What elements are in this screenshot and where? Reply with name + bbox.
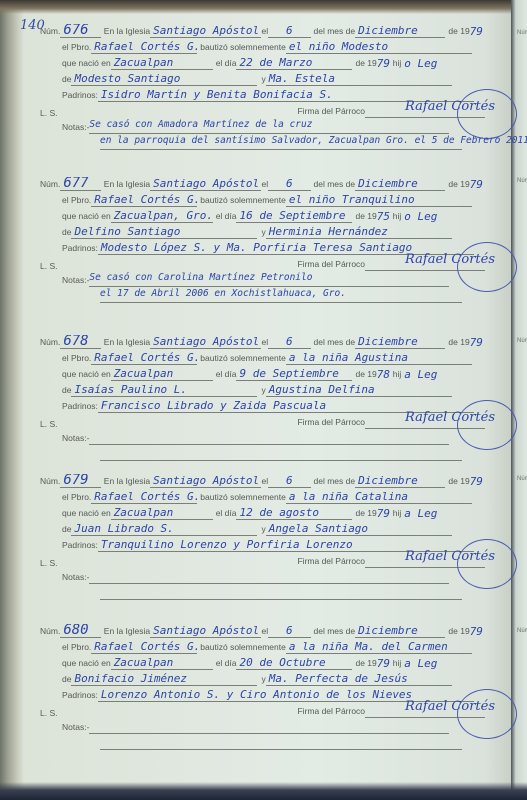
form-label: de [62,524,71,536]
birthplace: Zacualpan [111,506,213,520]
form-label: el [261,476,268,488]
child-name: el niño Tranquilino [286,193,472,207]
priest-name: Rafael Cortés G. [91,640,197,654]
baptism-year: 79 [470,336,485,349]
child-name: a la niña Catalina [286,490,472,504]
notes-line: Se casó con Carolina Martínez Petronilo [89,272,449,287]
form-label: el día [216,369,237,381]
form-label: L. S. [40,558,57,568]
form-label: el [261,179,268,191]
priest-name: Rafael Cortés G. [91,490,197,504]
form-label: de 19 [355,658,376,670]
form-label: bautizó solemnemente [200,42,286,54]
form-label: L. S. [40,708,57,718]
book-top-edge [0,0,527,14]
form-label: Padrinos: [62,540,98,552]
priest-name: Rafael Cortés G. [91,351,197,365]
form-label: Notas:- [62,433,89,445]
entry-number: 677 [60,177,100,191]
book-bottom-edge [0,782,527,800]
form-label: de [62,227,71,239]
form-label: Firma del Párroco [297,417,365,429]
baptism-entry: Núm. 676 En la Iglesia Santiago Apóstol … [40,22,485,150]
facing-num-label: Núm. [517,30,527,36]
form-label: Notas:- [62,572,89,584]
birth-date: 12 de agosto [236,506,352,520]
form-label: del mes de [314,337,356,349]
child-name: el niño Modesto [286,40,472,54]
entry-number: 680 [60,624,100,638]
form-label: Notas:- [62,722,89,734]
form-label: bautizó solemnemente [200,492,286,504]
legitimacy: o Leg. [401,57,437,70]
form-label: que nació en [62,58,111,70]
baptism-year: 79 [470,25,485,38]
baptism-day: 6 [268,624,310,638]
legitimacy: a Leg. [401,657,437,670]
form-label: Padrinos: [62,243,98,255]
priest-name: Rafael Cortés G. [91,193,197,207]
legitimacy: o Leg. [401,210,437,223]
form-label: Firma del Párroco [297,706,365,718]
form-label: del mes de [314,476,356,488]
baptism-month: Diciembre [355,24,445,38]
form-label: de 19 [448,179,469,191]
baptism-month: Diciembre [355,335,445,349]
form-label: bautizó solemnemente [200,642,286,654]
form-label: el Pbro. [62,195,91,207]
form-label: el día [216,508,237,520]
form-label: Notas:- [62,122,89,134]
baptism-year: 79 [470,178,485,191]
form-label: En la Iglesia [104,26,150,38]
notes-line [89,569,449,584]
form-label: Núm. [40,179,60,191]
facing-num-label: Núm. [517,178,527,184]
form-label: de 19 [355,369,376,381]
baptism-year: 79 [470,475,485,488]
form-label: L. S. [40,419,57,429]
father-name: Delfino Santiago [71,225,257,239]
birth-year: 79 [377,657,393,670]
notes-line: el 17 de Abril 2006 en Xochistlahuaca, G… [100,288,462,303]
form-label: bautizó solemnemente [200,353,286,365]
mother-name: Ma. Perfecta de Jesús [266,672,452,686]
notes-line [100,585,462,600]
baptism-entry: Núm. 678 En la Iglesia Santiago Apóstol … [40,333,485,461]
child-name: a la niña Agustina [286,351,472,365]
church-name: Santiago Apóstol [150,24,261,38]
notes-line [100,735,462,750]
form-label: de [62,674,71,686]
church-name: Santiago Apóstol [150,624,261,638]
father-name: Modesto Santiago [71,72,257,86]
form-label: de 19 [448,337,469,349]
form-label: del mes de [314,26,356,38]
form-label: En la Iglesia [104,179,150,191]
form-label: de [62,385,71,397]
mother-name: Ma. Estela [266,72,452,86]
form-label: L. S. [40,261,57,271]
child-name: a la niña Ma. del Carmen [286,640,472,654]
form-label: de 19 [448,626,469,638]
birth-date: 9 de Septiembre [236,367,352,381]
baptism-entry: Núm. 680 En la Iglesia Santiago Apóstol … [40,622,485,750]
form-label: Núm. [40,626,60,638]
father-name: Isaías Paulino L. [71,383,257,397]
baptism-month: Diciembre [355,177,445,191]
form-label: bautizó solemnemente [200,195,286,207]
facing-num-label: Núm. [517,338,527,344]
form-label: hij [393,658,402,670]
form-label: En la Iglesia [104,337,150,349]
birthplace: Zacualpan [111,367,213,381]
form-label: de 19 [448,476,469,488]
legitimacy: a Leg. [401,368,437,381]
form-label: el día [216,658,237,670]
form-label: de 19 [448,26,469,38]
birthplace: Zacualpan, Gro. [111,209,213,223]
form-label: que nació en [62,508,111,520]
notes-line: en la parroquia del santísimo Salvador, … [100,135,462,150]
form-label: el [261,26,268,38]
form-label: Notas:- [62,275,89,287]
form-label: Padrinos: [62,90,98,102]
form-label: el día [216,211,237,223]
form-label: el Pbro. [62,642,91,654]
mother-name: Herminia Hernández [266,225,452,239]
birth-date: 16 de Septiembre [236,209,352,223]
form-label: de 19 [355,58,376,70]
church-name: Santiago Apóstol [150,474,261,488]
baptism-year: 79 [470,625,485,638]
church-name: Santiago Apóstol [150,335,261,349]
birth-year: 79 [377,57,393,70]
father-name: Juan Librado S. [71,522,257,536]
birth-date: 22 de Marzo [236,56,352,70]
form-label: hij [393,211,402,223]
form-label: del mes de [314,626,356,638]
notes-line [89,719,449,734]
form-label: el día [216,58,237,70]
birth-year: 79 [377,507,393,520]
baptism-day: 6 [268,474,310,488]
baptism-day: 6 [268,24,310,38]
notes-line [89,430,449,445]
form-label: el [261,626,268,638]
legitimacy: a Leg. [401,507,437,520]
baptism-day: 6 [268,177,310,191]
form-label: que nació en [62,658,111,670]
baptism-entry: Núm. 679 En la Iglesia Santiago Apóstol … [40,472,485,600]
mother-name: Agustina Delfina [266,383,452,397]
form-label: que nació en [62,211,111,223]
priest-name: Rafael Cortés G. [91,40,197,54]
baptism-month: Diciembre [355,624,445,638]
form-label: de 19 [355,508,376,520]
notes-line [100,446,462,461]
form-label: Núm. [40,476,60,488]
form-label: del mes de [314,179,356,191]
notes-line: Se casó con Amadora Martínez de la cruz [89,119,449,134]
form-label: En la Iglesia [104,626,150,638]
church-name: Santiago Apóstol [150,177,261,191]
form-label: Padrinos: [62,690,98,702]
form-label: el Pbro. [62,353,91,365]
birthplace: Zacualpan [111,56,213,70]
baptism-day: 6 [268,335,310,349]
form-label: L. S. [40,108,57,118]
form-label: hij [393,508,402,520]
form-label: Firma del Párroco [297,106,365,118]
form-label: de 19 [355,211,376,223]
birthplace: Zacualpan [111,656,213,670]
birth-year: 75 [377,210,393,223]
entry-number: 676 [60,24,100,38]
form-label: hij [393,58,402,70]
form-label: Firma del Párroco [297,556,365,568]
form-label: Padrinos: [62,401,98,413]
form-label: que nació en [62,369,111,381]
birth-date: 20 de Octubre [236,656,352,670]
birth-year: 78 [377,368,393,381]
facing-num-label: Núm. [517,628,527,634]
father-name: Bonifacio Jiménez [71,672,257,686]
baptism-month: Diciembre [355,474,445,488]
baptism-entry: Núm. 677 En la Iglesia Santiago Apóstol … [40,175,485,303]
form-label: de [62,74,71,86]
form-label: el Pbro. [62,42,91,54]
mother-name: Angela Santiago [266,522,452,536]
form-label: hij [393,369,402,381]
form-label: Firma del Párroco [297,259,365,271]
form-label: el [261,337,268,349]
form-label: el Pbro. [62,492,91,504]
facing-num-label: Núm. [517,476,527,482]
form-label: Núm. [40,337,60,349]
form-label: Núm. [40,26,60,38]
register-page: Núm. Núm. Núm. Núm. Núm. 140 Núm. 676 En… [0,0,527,800]
form-label: En la Iglesia [104,476,150,488]
entry-number: 678 [60,335,100,349]
entry-number: 679 [60,474,100,488]
